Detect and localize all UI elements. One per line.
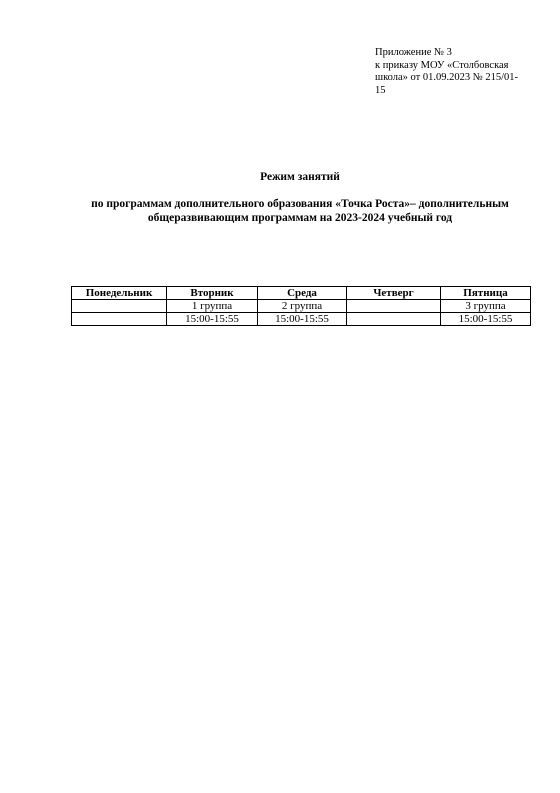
table-cell xyxy=(347,300,441,313)
header-friday: Пятница xyxy=(441,287,531,300)
table-cell: 3 группа xyxy=(441,300,531,313)
table-row: 15:00-15:55 15:00-15:55 15:00-15:55 xyxy=(72,313,531,326)
appendix-line: 15 xyxy=(375,85,545,98)
header-thursday: Четверг xyxy=(347,287,441,300)
table-header-row: Понедельник Вторник Среда Четверг Пятниц… xyxy=(72,287,531,300)
table-row: 1 группа 2 группа 3 группа xyxy=(72,300,531,313)
appendix-line: к приказу МОУ «Столбовская xyxy=(375,60,545,73)
table-cell: 2 группа xyxy=(258,300,347,313)
header-tuesday: Вторник xyxy=(167,287,258,300)
header-wednesday: Среда xyxy=(258,287,347,300)
subtitle-line-2: общеразвивающим программам на 2023-2024 … xyxy=(70,211,530,225)
table-cell xyxy=(72,300,167,313)
table-cell: 15:00-15:55 xyxy=(258,313,347,326)
table-cell: 1 группа xyxy=(167,300,258,313)
subtitle-line-1: по программам дополнительного образовани… xyxy=(70,197,530,211)
table-cell xyxy=(72,313,167,326)
document-title: Режим занятий xyxy=(0,171,560,183)
document-subtitle: по программам дополнительного образовани… xyxy=(70,197,530,225)
table-cell: 15:00-15:55 xyxy=(441,313,531,326)
schedule-table: Понедельник Вторник Среда Четверг Пятниц… xyxy=(71,286,531,326)
appendix-line: Приложение № 3 xyxy=(375,47,545,60)
table-cell: 15:00-15:55 xyxy=(167,313,258,326)
header-monday: Понедельник xyxy=(72,287,167,300)
appendix-note: Приложение № 3 к приказу МОУ «Столбовска… xyxy=(375,47,545,97)
table-cell xyxy=(347,313,441,326)
appendix-line: школа» от 01.09.2023 № 215/01- xyxy=(375,72,545,85)
